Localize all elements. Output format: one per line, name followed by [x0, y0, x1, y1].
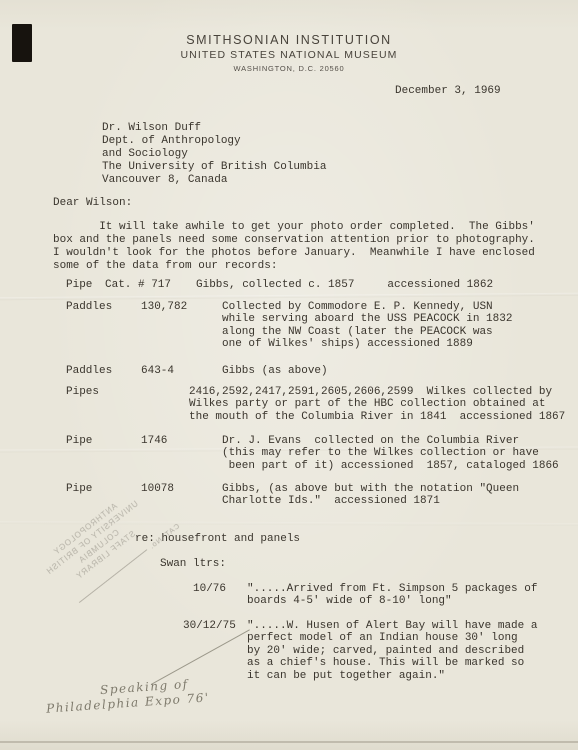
swan-entry-quote: ".....W. Husen of Alert Bay will have ma…	[247, 620, 537, 682]
letterhead-institution: SMITHSONIAN INSTITUTION	[0, 33, 578, 47]
record-number: Cat. # 717	[105, 279, 171, 292]
re-subject-line: re: housefront and panels	[135, 533, 300, 546]
letterhead-museum: UNITED STATES NATIONAL MUSEUM	[0, 49, 578, 61]
record-number: 10078	[141, 483, 174, 496]
scanned-letter-page: ANTHROPOLOGY UNIVERSITY OF BRITISH COLUM…	[0, 0, 578, 750]
record-description: Gibbs (as above)	[222, 365, 328, 377]
record-description: Gibbs, (as above but with the notation "…	[222, 483, 519, 508]
record-item: Paddles	[66, 365, 112, 378]
swan-entry-date: 10/76	[193, 583, 226, 596]
library-stamp: ANTHROPOLOGY UNIVERSITY OF BRITISH COLUM…	[21, 477, 184, 624]
swan-entry-date: 30/12/75	[183, 620, 236, 633]
record-item: Pipe	[66, 483, 92, 496]
record-description: Collected by Commodore E. P. Kennedy, US…	[222, 301, 512, 350]
record-item: Paddles	[66, 301, 112, 314]
page-bottom-edge	[0, 741, 578, 743]
record-item: Pipe	[66, 435, 92, 448]
salutation: Dear Wilson:	[53, 197, 132, 210]
record-number: 130,782	[141, 301, 187, 314]
paper-crease	[0, 293, 578, 301]
swan-entry-quote: ".....Arrived from Ft. Simpson 5 package…	[247, 583, 537, 608]
record-description: Gibbs, collected c. 1857 accessioned 186…	[196, 279, 493, 291]
record-description: 2416,2592,2417,2591,2605,2606,2599 Wilke…	[189, 386, 565, 423]
letter-date: December 3, 1969	[395, 85, 501, 98]
recipient-address: Dr. Wilson Duff Dept. of Anthropology an…	[102, 122, 326, 187]
record-number: 643-4	[141, 365, 174, 378]
intro-paragraph: It will take awhile to get your photo or…	[53, 221, 535, 273]
letterhead-address: WASHINGTON, D.C. 20560	[0, 64, 578, 73]
record-item: Pipes	[66, 386, 99, 399]
record-description: Dr. J. Evans collected on the Columbia R…	[222, 435, 559, 472]
swan-letters-header: Swan ltrs:	[160, 558, 226, 571]
record-number: 1746	[141, 435, 167, 448]
record-item: Pipe	[66, 279, 92, 292]
pencil-arrow-line	[151, 629, 250, 685]
